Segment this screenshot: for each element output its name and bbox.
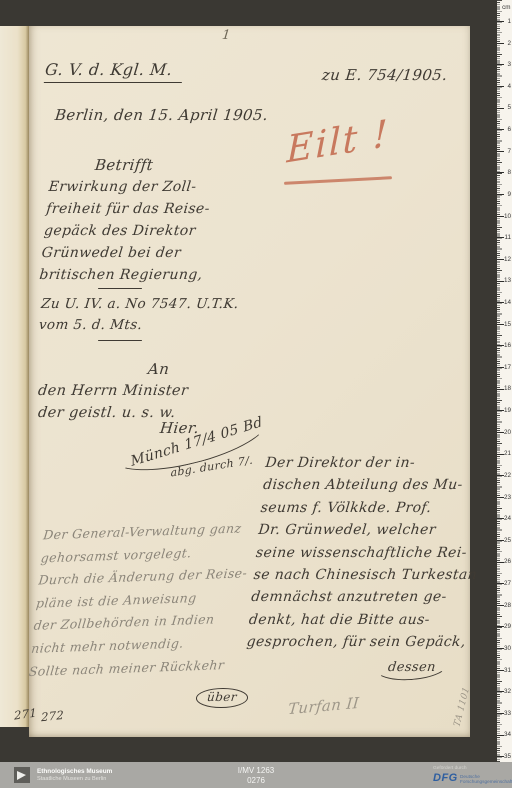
- ruler-cm-tick: [497, 194, 504, 195]
- ruler-cm-tick: [497, 237, 504, 238]
- dfg-name-line: Forschungsgemeinschaft: [460, 779, 512, 784]
- ruler-cm-number: 10: [504, 213, 511, 220]
- reference-line: vom 5. d. Mts.: [38, 315, 238, 336]
- ruler-cm-number: 18: [504, 385, 511, 392]
- letter-body: Der Direktor der in- dischen Abteilung d…: [245, 452, 490, 654]
- body-line: seine wissenschaftliche Rei-: [255, 542, 481, 564]
- ruler-cm-number: 24: [504, 515, 511, 522]
- body-line: gesprochen, für sein Gepäck,: [245, 631, 471, 653]
- ruler-cm-number: 27: [504, 580, 511, 587]
- ruler-cm-tick: [497, 259, 504, 260]
- file-reference: zu E. 754/1905.: [321, 66, 448, 84]
- ruler-cm-tick: [497, 432, 504, 433]
- ruler-cm-number: 35: [504, 753, 511, 760]
- ruler-cm-tick: [497, 540, 504, 541]
- ruler-cm-number: 30: [504, 645, 511, 652]
- ruler-cm-tick: [497, 605, 504, 606]
- ruler-cm-number: 13: [504, 277, 511, 284]
- ruler-cm-number: 31: [504, 667, 511, 674]
- ruler-cm-number: 4: [507, 83, 511, 90]
- ruler-cm-tick: [497, 151, 504, 152]
- body-line: dischen Abteilung des Mu-: [262, 474, 488, 496]
- ruler-cm-number: 1: [507, 18, 511, 25]
- ruler-cm-number: 33: [504, 710, 511, 717]
- ruler-cm-tick: [497, 713, 504, 714]
- ruler-cm-number: 25: [504, 537, 511, 544]
- ruler-cm-tick: [497, 648, 504, 649]
- ruler-cm-number: 22: [504, 472, 511, 479]
- reference-note: Zu U. IV. a. No 7547. U.T.K. vom 5. d. M…: [38, 294, 240, 336]
- ruler-cm-number: 34: [504, 731, 511, 738]
- dfg-name: Deutsche Forschungsgemeinschaft: [460, 774, 512, 785]
- subject-line: gepäck des Direktor: [43, 220, 209, 242]
- ruler-cm-tick: [497, 129, 504, 130]
- body-line: se nach Chinesisch Turkestan: [252, 564, 478, 586]
- ruler-cm-number: 5: [507, 104, 511, 111]
- body-line: demnächst anzutreten ge-: [250, 586, 476, 608]
- corner-page-number: 1: [221, 28, 231, 43]
- ruler-cm-tick: [497, 410, 504, 411]
- ruler-cm-tick: [497, 324, 504, 325]
- ruler-cm-tick: [497, 756, 504, 757]
- ruler-cm-number: 26: [504, 558, 511, 565]
- marginal-note: Der General-Verwaltung ganz gehorsamst v…: [28, 517, 253, 683]
- ruler-cm-tick: [497, 562, 504, 563]
- ruler-cm-tick: [497, 691, 504, 692]
- ruler-cm-number: 15: [504, 321, 511, 328]
- address-line: der geistl. u. s. w.: [37, 405, 176, 421]
- ruler-cm-tick: [497, 454, 504, 455]
- previous-page-edge: [0, 26, 29, 727]
- ruler-cm-tick: [497, 302, 504, 303]
- ruler-cm-number: 23: [504, 494, 511, 501]
- ruler-cm-tick: [497, 172, 504, 173]
- ruler-cm-number: 2: [507, 40, 511, 47]
- ruler-cm-tick: [497, 108, 504, 109]
- ruler-cm-tick: [497, 475, 504, 476]
- address-line: den Herrn Minister: [37, 383, 189, 399]
- body-line: Der Direktor der in-: [264, 452, 490, 474]
- ruler-cm-tick: [497, 497, 504, 498]
- ruler-cm-tick: [497, 670, 504, 671]
- subject-label: Betrifft: [94, 156, 154, 174]
- body-line: seums f. Völkkde. Prof.: [260, 497, 486, 519]
- ruler-cm-number: 12: [504, 256, 511, 263]
- ruler-cm-tick: [497, 86, 504, 87]
- registry-heading: G. V. d. Kgl. M.: [44, 60, 184, 83]
- subject-line: Grünwedel bei der: [41, 242, 207, 264]
- ruler-cm-number: 7: [507, 148, 511, 155]
- ruler-cm-number: 20: [504, 429, 511, 436]
- ruler-cm-tick: [497, 518, 504, 519]
- ruler-cm-number: 32: [504, 688, 511, 695]
- subject-line: freiheit für das Reise-: [45, 198, 211, 220]
- ruler-cm-number: 9: [507, 191, 511, 198]
- address-line: An: [147, 360, 170, 378]
- reference-line: Zu U. IV. a. No 7547. U.T.K.: [40, 294, 240, 315]
- ruler: cm 1234567891011121314151617181920212223…: [497, 0, 512, 762]
- ruler-cm-number: 14: [504, 299, 511, 306]
- ruler-cm-number: 29: [504, 623, 511, 630]
- body-line: denkt, hat die Bitte aus-: [248, 609, 474, 631]
- ruler-cm-number: 19: [504, 407, 511, 414]
- dateline: Berlin, den 15. April 1905.: [54, 106, 269, 124]
- ruler-cm-tick: [497, 21, 504, 22]
- ruler-cm-tick: [497, 389, 504, 390]
- ruler-cm-tick: [497, 583, 504, 584]
- ruler-cm-number: 28: [504, 602, 511, 609]
- ruler-cm-number: 8: [507, 169, 511, 176]
- funding-label: Gefördert durch: [433, 766, 467, 771]
- dfg-logo: DFG: [433, 772, 458, 784]
- ruler-cm-tick: [497, 626, 504, 627]
- ruler-cm-number: 21: [504, 450, 511, 457]
- subject-line: Erwirkung der Zoll-: [47, 176, 213, 198]
- body-line: Dr. Grünwedel, welcher: [257, 519, 483, 541]
- ruler-cm-tick: [497, 735, 504, 736]
- ruler-cm-tick: [497, 281, 504, 282]
- scanned-archival-page: 1 G. V. d. Kgl. M. zu E. 754/1905. Berli…: [0, 0, 512, 788]
- ruler-cm-number: 17: [504, 364, 511, 371]
- subject-line: britischen Regierung,: [38, 264, 204, 286]
- footer-bar: Ethnologisches Museum Staatliche Museen …: [0, 762, 512, 788]
- ruler-unit-label: cm: [502, 4, 510, 11]
- ruler-cm-number: 16: [504, 342, 511, 349]
- ruler-cm-tick: [497, 367, 504, 368]
- ruler-cm-number: 3: [507, 61, 511, 68]
- subject-lines: Erwirkung der Zoll- freiheit für das Rei…: [38, 176, 213, 286]
- ruler-cm-tick: [497, 64, 504, 65]
- folio-number-right: 272: [41, 708, 64, 724]
- ruler-cm-tick: [497, 345, 504, 346]
- ruler-cm-tick: [497, 43, 504, 44]
- ruler-cm-number: 6: [507, 126, 511, 133]
- ruler-cm-number: 11: [504, 234, 511, 241]
- ruler-cm-tick: [497, 216, 504, 217]
